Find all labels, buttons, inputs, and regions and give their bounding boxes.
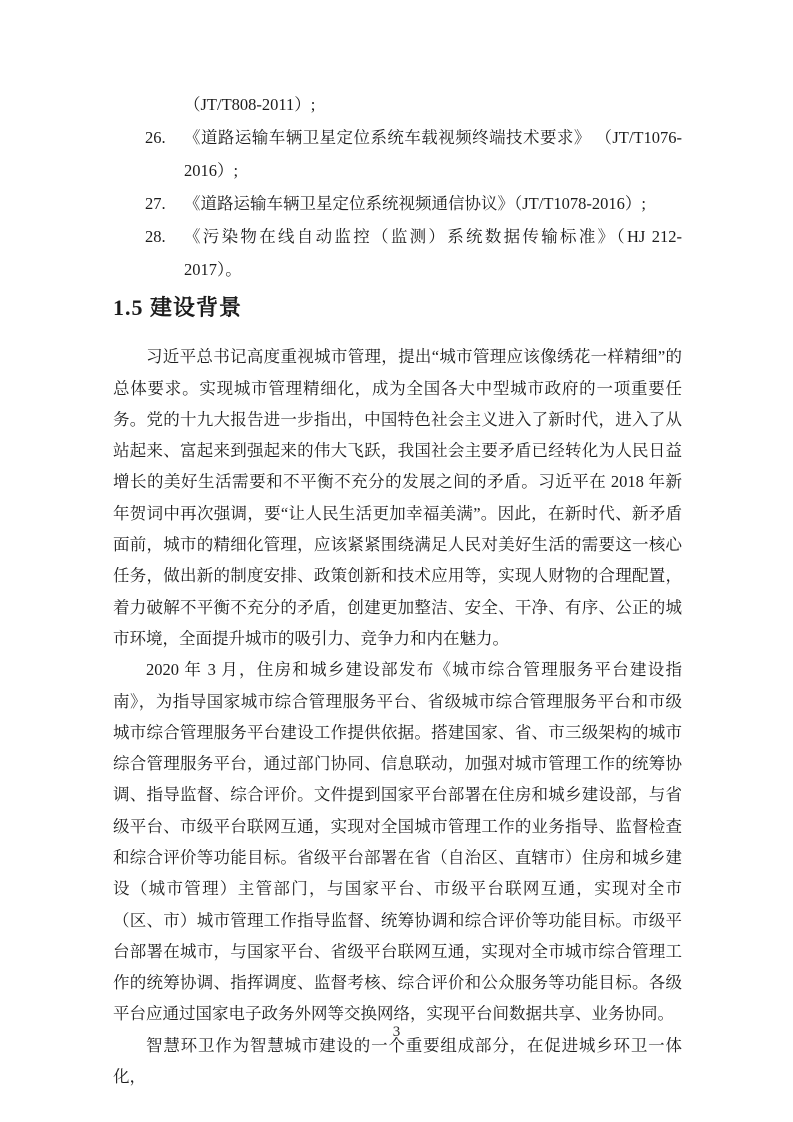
document-content: （JT/T808-2011）; 26. 《道路运输车辆卫星定位系统车载视频终端技… <box>113 88 682 1092</box>
reference-item-26: 26. 《道路运输车辆卫星定位系统车载视频终端技术要求》 （JT/T1076-2… <box>113 121 682 187</box>
reference-continuation-line: （JT/T808-2011）; <box>184 88 682 121</box>
page-number: 3 <box>0 1024 793 1041</box>
paragraph-1: 习近平总书记高度重视城市管理，提出“城市管理应该像绣花一样精细”的总体要求。实现… <box>113 341 682 654</box>
reference-title: 《道路运输车辆卫星定位系统车载视频终端技术要求》 <box>184 128 591 147</box>
references-list: （JT/T808-2011）; 26. 《道路运输车辆卫星定位系统车载视频终端技… <box>113 88 682 286</box>
reference-item-27: 27. 《道路运输车辆卫星定位系统视频通信协议》（JT/T1078-2016）; <box>113 187 682 220</box>
reference-text: 《道路运输车辆卫星定位系统车载视频终端技术要求》 （JT/T1076-2016）… <box>184 121 682 187</box>
reference-number: 26. <box>145 121 181 154</box>
reference-number: 28. <box>145 220 181 253</box>
reference-item-28: 28. 《污染物在线自动监控（监测）系统数据传输标准》（HJ 212-2017）… <box>113 220 682 286</box>
reference-text: 《道路运输车辆卫星定位系统视频通信协议》（JT/T1078-2016）; <box>184 187 682 220</box>
section-heading: 1.5 建设背景 <box>113 293 682 323</box>
paragraph-2: 2020 年 3 月，住房和城乡建设部发布《城市综合管理服务平台建设指南》，为指… <box>113 654 682 1030</box>
document-page: （JT/T808-2011）; 26. 《道路运输车辆卫星定位系统车载视频终端技… <box>0 0 793 1122</box>
reference-number: 27. <box>145 187 181 220</box>
section-body: 习近平总书记高度重视城市管理，提出“城市管理应该像绣花一样精细”的总体要求。实现… <box>113 341 682 1092</box>
reference-text: 《污染物在线自动监控（监测）系统数据传输标准》（HJ 212-2017）。 <box>184 220 682 286</box>
